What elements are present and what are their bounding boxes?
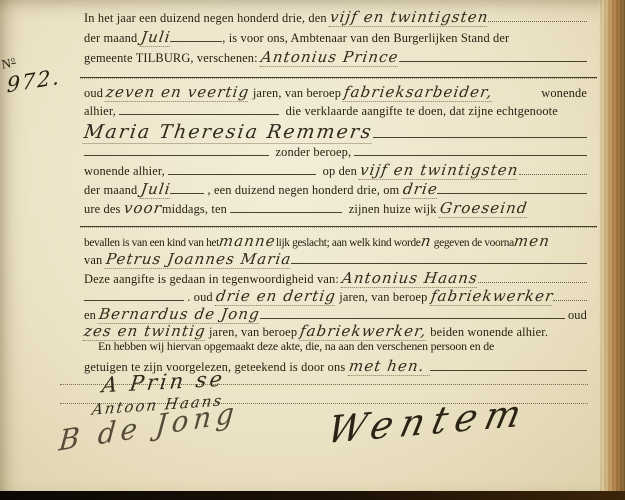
signature-area: A Prin seAntoon HaansB de JongWentem [60, 372, 600, 482]
blank-line [373, 125, 587, 138]
printed-text: van [84, 253, 106, 268]
act-line-4: oud zeven en veertig jaren, van beroep f… [84, 83, 587, 102]
act-line-15: en Bernardus de Jong oud [84, 305, 587, 322]
handwritten-text: Maria Theresia Remmers [82, 121, 374, 144]
printed-text: en [84, 308, 99, 323]
handwritten-text: Antonius Haans [341, 269, 480, 288]
section-rule-1 [84, 73, 587, 83]
handwritten-text: Petrus Joannes Maria [104, 250, 292, 269]
printed-text: Deze aangifte is gedaan in tegenwoordigh… [84, 272, 342, 287]
act-line-13: Deze aangifte is gedaan in tegenwoordigh… [84, 269, 587, 287]
act-number-label: No [0, 55, 17, 72]
printed-text: alhier, [84, 104, 119, 119]
handwritten-text: drie [401, 180, 439, 199]
printed-text: ure des [84, 202, 124, 217]
blank-line [291, 251, 587, 264]
signature-registrar: Wentem [323, 391, 533, 453]
act-text-block: In het jaar een duizend negen honderd dr… [84, 8, 587, 376]
spacer [493, 85, 538, 97]
handwritten-text: vijf en twintigsten [359, 161, 520, 180]
blank-line [170, 181, 204, 194]
printed-text: die verklaarde aangifte te doen, dat zij… [279, 104, 558, 119]
blank-line [84, 143, 269, 156]
printed-text: der maand [84, 183, 141, 198]
act-line-8: wonende alhier, op den vijf en twintigst… [84, 161, 587, 180]
handwritten-text: manne [218, 232, 277, 250]
act-line-7: zonder beroep, [84, 143, 587, 161]
handwritten-text: men [513, 232, 552, 250]
act-line-2: der maand Juli, is voor ons, Ambtenaar v… [84, 28, 587, 48]
printed-text: beiden wonende alhier. [427, 325, 548, 340]
blank-line [430, 358, 587, 371]
section-rule-2 [84, 222, 587, 232]
printed-text: der maand [84, 31, 141, 46]
printed-text: lijk geslacht; aan welk kind worde [276, 237, 421, 249]
printed-text: gemeente TILBURG, verschenen: [84, 51, 261, 66]
printed-text: bevallen is van een kind van het [84, 237, 219, 249]
printed-text: gegeven de voorna [431, 237, 514, 249]
register-page: No 972. In het jaar een duizend negen ho… [0, 0, 625, 492]
handwritten-text: drie en dertig [215, 287, 338, 306]
blank-line [230, 200, 342, 213]
printed-text: zonder beroep, [269, 145, 354, 160]
handwritten-text: fabrieksarbeider, [343, 83, 494, 102]
act-line-12: van Petrus Joannes Maria [84, 250, 587, 269]
printed-text: jaren, van beroep [336, 290, 431, 305]
printed-text: oud [84, 86, 106, 101]
book-binding-shadow [0, 491, 625, 500]
blank-line [84, 288, 184, 301]
handwritten-text: Antonius Prince [260, 48, 400, 67]
act-line-3: gemeente TILBURG, verschenen: Antonius P… [84, 48, 587, 70]
blank-line [260, 306, 565, 319]
act-line-17: En hebben wij hiervan opgemaakt deze akt… [84, 339, 587, 357]
blank-line-dotted [488, 9, 587, 22]
blank-line-dotted [553, 288, 587, 301]
printed-text: zijnen huize wijk [342, 202, 440, 217]
act-line-5: alhier, die verklaarde aangifte te doen,… [84, 102, 587, 121]
handwritten-text: Groeseind [439, 199, 529, 218]
blank-line [170, 29, 222, 42]
act-line-14: . oud drie en dertig jaren, van beroep f… [84, 287, 587, 305]
blank-line [354, 143, 587, 156]
printed-text: jaren, van beroep [250, 86, 345, 101]
printed-text: En hebben wij hiervan opgemaakt deze akt… [98, 339, 494, 354]
blank-line [119, 102, 279, 115]
printed-text: . oud [184, 290, 216, 305]
printed-text: wonende [538, 86, 587, 101]
printed-text: middags, ten [162, 202, 230, 217]
act-line-6: Maria Theresia Remmers [84, 121, 587, 143]
blank-line [437, 181, 587, 194]
printed-text: oud [565, 308, 587, 323]
handwritten-text: n [419, 232, 432, 250]
blank-line [399, 49, 587, 62]
blank-line-dotted [478, 270, 587, 283]
printed-text: wonende alhier, [84, 164, 168, 179]
act-line-10: ure des voormiddags, ten zijnen huize wi… [84, 199, 587, 219]
handwritten-text: voor [122, 199, 163, 217]
handwritten-text: Juli [139, 28, 171, 47]
printed-text: , is voor ons, Ambtenaar van den Burgerl… [222, 31, 509, 46]
printed-text: In het jaar een duizend negen honderd dr… [84, 11, 330, 26]
book-page-edge [598, 0, 625, 492]
blank-line-dotted [519, 162, 587, 175]
act-line-11: bevallen is van een kind van hetmannelij… [84, 232, 587, 250]
handwritten-text: zeven en veertig [105, 83, 251, 102]
act-line-9: der maand Juli , een duizend negen honde… [84, 180, 587, 199]
act-number: No 972. [0, 45, 78, 98]
handwritten-text: fabriekwerker [429, 287, 554, 306]
printed-text: jaren, van beroep [206, 325, 301, 340]
blank-line [168, 162, 316, 175]
printed-text: op den [316, 164, 360, 179]
handwritten-text: Juli [139, 180, 171, 199]
act-line-1: In het jaar een duizend negen honderd dr… [84, 8, 587, 28]
act-line-16: zes en twintig jaren, van beroep fabriek… [84, 322, 587, 339]
handwritten-text: vijf en twintigsten [329, 8, 490, 27]
printed-text: , een duizend negen honderd drie, om [204, 183, 402, 198]
